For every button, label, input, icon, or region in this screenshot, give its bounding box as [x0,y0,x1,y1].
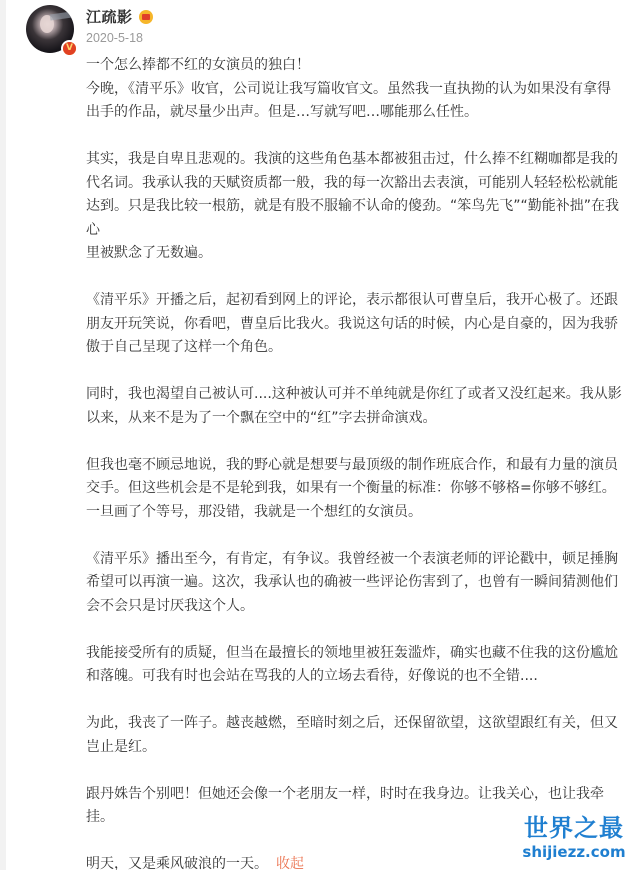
paragraph: 同时，我也渴望自己被认可....这种被认可并不单纯就是你红了或者又没红起来。我从… [86,383,626,430]
text-line: 达到。只是我比较一根筋，就是有股不服输不认命的傻劲。“笨鸟先飞”“勤能补拙”在我… [86,195,626,242]
text-line: 傲于自己呈现了这样一个角色。 [86,336,626,360]
watermark-title: 世界之最 [506,814,642,842]
author-name[interactable]: 江疏影 [86,6,133,27]
paragraph: 一个怎么捧都不红的女演员的独白！ 今晚，《清平乐》收官，公司说让我写篇收官文。虽… [86,54,626,125]
text-line: 一旦画了个等号，那没错，我就是一个想红的女演员。 [86,501,626,525]
text-line: 里被默念了无数遍。 [86,242,626,266]
paragraph: 我能接受所有的质疑，但当在最擅长的领地里被狂轰滥炸，确实也藏不住我的这份尴尬 和… [86,642,626,689]
paragraph: 其实，我是自卑且悲观的。我演的这些角色基本都被狙击过，什么捧不红糊咖都是我的 代… [86,148,626,266]
text-line: 会不会只是讨厌我这个人。 [86,595,626,619]
paragraph: 但我也毫不顾忌地说，我的野心就是想要与最顶级的制作班底合作，和最有力量的演员 交… [86,454,626,525]
text-line: 希望可以再演一遍。这次，我承认也的确被一些评论伤害到了，也曾有一瞬间猜测他们 [86,571,626,595]
text-line: 出手的作品，就尽量少出声。但是…写就写吧…哪能那么任性。 [86,101,626,125]
text-line: 我能接受所有的质疑，但当在最擅长的领地里被狂轰滥炸，确实也藏不住我的这份尴尬 [86,642,626,666]
text-line: 和落魄。可我有时也会站在骂我的人的立场去看待，好像说的也不全错.... [86,665,626,689]
paragraph: 《清平乐》播出至今，有肯定，有争议。我曾经被一个表演老师的评论戳中，顿足捶胸 希… [86,548,626,619]
avatar[interactable]: V [26,5,76,55]
text-line: 以来，从来不是为了一个飘在空中的“红”字去拼命演戏。 [86,407,626,431]
watermark-url: shijiezz.com [506,842,642,862]
watermark-logo: 世界之最 shijiezz.com [506,814,642,868]
text-line: 今晚，《清平乐》收官，公司说让我写篇收官文。虽然我一直执拗的认为如果没有拿得 [86,78,626,102]
text-line: 《清平乐》开播之后，起初看到网上的评论，表示都很认可曹皇后，我开心极了。还跟 [86,289,626,313]
post-content: 一个怎么捧都不红的女演员的独白！ 今晚，《清平乐》收官，公司说让我写篇收官文。虽… [86,54,626,870]
paragraph: 为此，我丧了一阵子。越丧越燃，至暗时刻之后，还保留欲望，这欲望跟红有关，但又 岂… [86,712,626,759]
text-line: 朋友开玩笑说，你看吧，曹皇后比我火。我说这句话的时候，内心是自豪的，因为我骄 [86,313,626,337]
text-line: 《清平乐》播出至今，有肯定，有争议。我曾经被一个表演老师的评论戳中，顿足捶胸 [86,548,626,572]
post-timestamp[interactable]: 2020-5-18 [86,31,143,45]
text-line: 代名词。我承认我的天赋资质都一般，我的每一次豁出去表演，可能别人轻轻松松就能 [86,172,626,196]
text-line: 跟丹姝告个别吧！但她还会像一个老朋友一样，时时在我身边。让我关心，也让我牵 [86,783,626,807]
closing-line: 明天，又是乘风破浪的一天。 [86,856,268,870]
text-line: 同时，我也渴望自己被认可....这种被认可并不单纯就是你红了或者又没红起来。我从… [86,383,626,407]
text-line: 但我也毫不顾忌地说，我的野心就是想要与最顶级的制作班底合作，和最有力量的演员 [86,454,626,478]
verified-badge-icon: V [61,40,78,57]
paragraph: 《清平乐》开播之后，起初看到网上的评论，表示都很认可曹皇后，我开心极了。还跟 朋… [86,289,626,360]
text-line: 交手。但这些机会是不是轮到我，如果有一个衡量的标准：你够不够格=你够不够红。 [86,477,626,501]
text-line: 其实，我是自卑且悲观的。我演的这些角色基本都被狙击过，什么捧不红糊咖都是我的 [86,148,626,172]
text-line: 岂止是红。 [86,736,626,760]
collapse-link[interactable]: 收起 [276,856,304,870]
crown-icon[interactable] [139,10,153,24]
author-row: 江疏影 [86,6,153,27]
text-line: 一个怎么捧都不红的女演员的独白！ [86,54,626,78]
text-line: 为此，我丧了一阵子。越丧越燃，至暗时刻之后，还保留欲望，这欲望跟红有关，但又 [86,712,626,736]
weibo-post: V 江疏影 2020-5-18 一个怎么捧都不红的女演员的独白！ 今晚，《清平乐… [0,0,644,870]
